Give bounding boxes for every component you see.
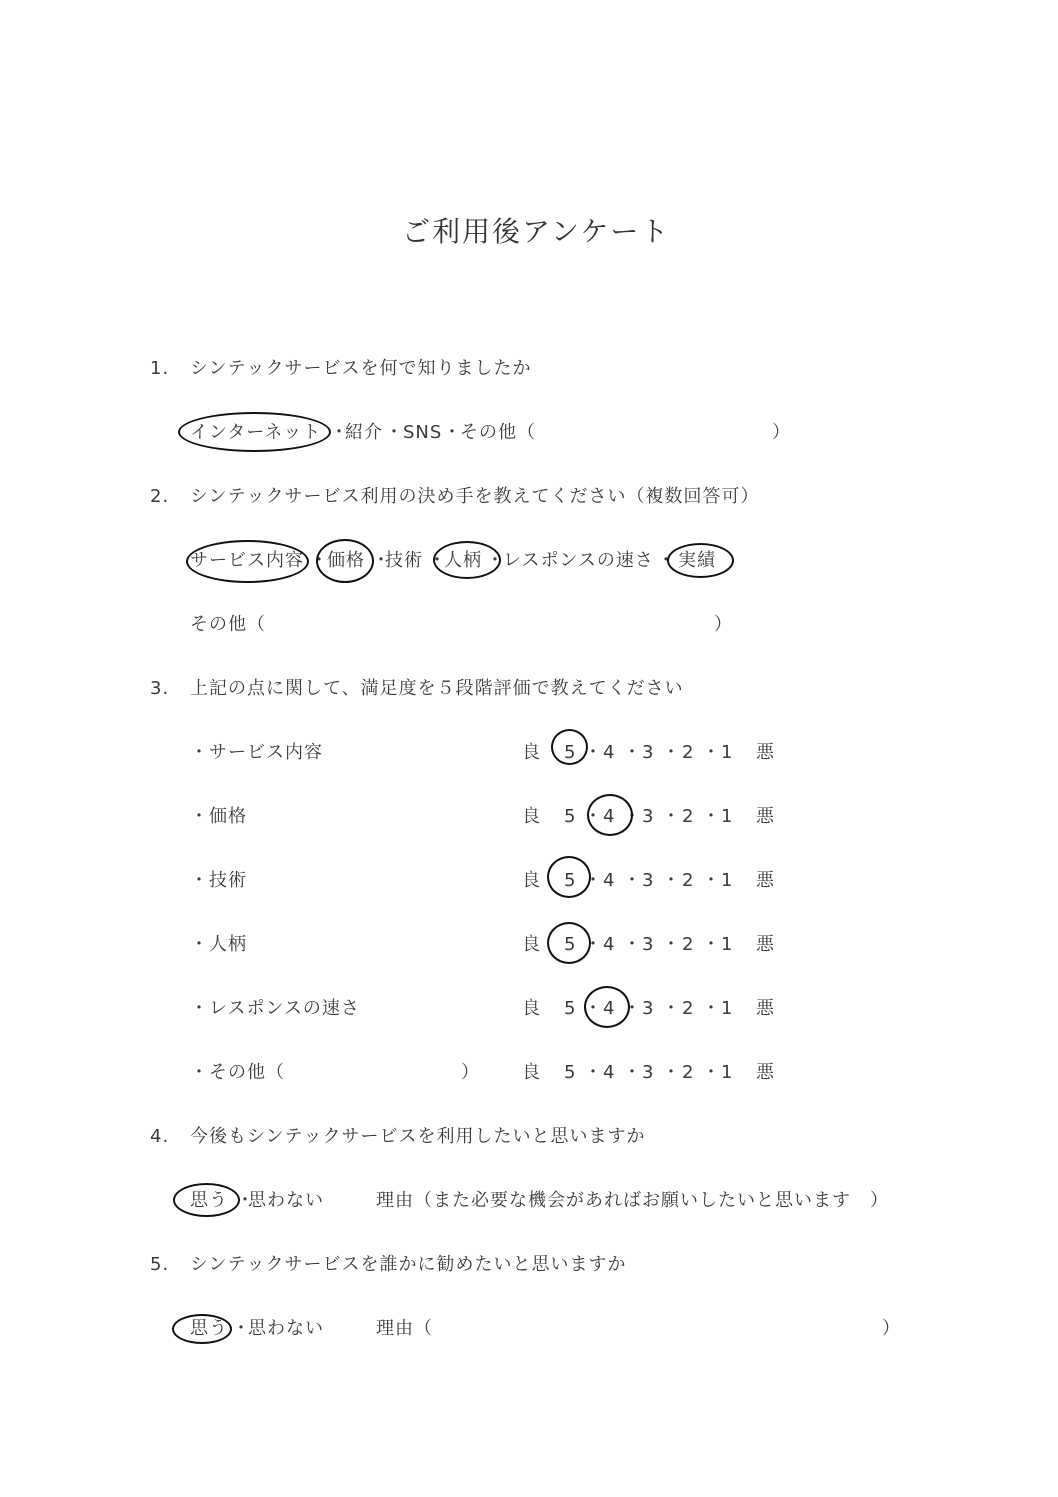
q1-option-sns[interactable]: SNS	[403, 421, 442, 445]
q3-item-label: ・価格	[190, 805, 247, 829]
q4-option-no[interactable]: 思わない	[248, 1189, 324, 1213]
q3-rating-4[interactable]: 4	[603, 805, 615, 829]
q3-rating-1[interactable]: 1	[721, 1061, 733, 1085]
q2-number: 2.	[150, 485, 169, 509]
q3-rating-4[interactable]: 4	[603, 997, 615, 1021]
q3-sep: ・	[584, 997, 603, 1021]
q3-sep: ・	[584, 741, 603, 765]
q3-sep: ・	[662, 869, 681, 893]
q3-item-label: ・サービス内容	[190, 741, 323, 765]
q3-rating-2[interactable]: 2	[682, 933, 694, 957]
q5-reason-close: ）	[882, 1317, 901, 1341]
page-title: ご利用後アンケート	[402, 210, 670, 250]
q4-number: 4.	[150, 1125, 169, 1149]
q3-sep: ・	[702, 933, 721, 957]
q3-sep: ・	[623, 997, 642, 1021]
q3-rating-5[interactable]: 5	[564, 741, 576, 765]
q3-sep: ・	[662, 997, 681, 1021]
q3-bad-label: 悪	[756, 805, 775, 829]
q3-rating-5[interactable]: 5	[564, 1061, 576, 1085]
q3-bad-label: 悪	[756, 933, 775, 957]
q1-sep: ・	[385, 421, 404, 445]
q3-bad-label: 悪	[756, 1061, 775, 1085]
q3-good-label: 良	[522, 805, 541, 829]
q3-good-label: 良	[522, 933, 541, 957]
q3-rating-1[interactable]: 1	[721, 869, 733, 893]
q5-number: 5.	[150, 1253, 169, 1277]
q3-rating-5[interactable]: 5	[564, 869, 576, 893]
q3-good-label: 良	[522, 869, 541, 893]
q3-item-label: ・技術	[190, 869, 247, 893]
q2-other-label[interactable]: その他（	[190, 613, 266, 637]
q2-option-personality[interactable]: 人柄	[444, 549, 482, 573]
q3-sep: ・	[662, 933, 681, 957]
q2-option-track-record[interactable]: 実績	[678, 549, 716, 573]
q3-rating-3[interactable]: 3	[642, 741, 654, 765]
q3-sep: ・	[662, 741, 681, 765]
q3-rating-3[interactable]: 3	[642, 997, 654, 1021]
q4-option-yes[interactable]: 思う	[190, 1189, 228, 1213]
q3-rating-1[interactable]: 1	[721, 805, 733, 829]
q3-sep: ・	[584, 805, 603, 829]
q3-rating-2[interactable]: 2	[682, 997, 694, 1021]
q3-rating-3[interactable]: 3	[642, 933, 654, 957]
q5-reason-label[interactable]: 理由（	[376, 1317, 433, 1341]
q1-question: シンテックサービスを何で知りましたか	[190, 357, 532, 381]
q2-other-close: ）	[714, 613, 733, 637]
q5-option-no[interactable]: 思わない	[248, 1317, 324, 1341]
q3-rating-2[interactable]: 2	[682, 869, 694, 893]
q3-rating-3[interactable]: 3	[642, 869, 654, 893]
q4-reason[interactable]: 理由（また必要な機会があればお願いしたいと思います ）	[376, 1189, 889, 1213]
q3-sep: ・	[623, 933, 642, 957]
q4-question: 今後もシンテックサービスを利用したいと思いますか	[190, 1125, 646, 1149]
q3-rating-1[interactable]: 1	[721, 741, 733, 765]
q3-rating-1[interactable]: 1	[721, 933, 733, 957]
q1-option-referral[interactable]: 紹介	[345, 421, 383, 445]
q3-rating-5[interactable]: 5	[564, 997, 576, 1021]
q3-bad-label: 悪	[756, 997, 775, 1021]
q3-sep: ・	[702, 741, 721, 765]
q2-option-service[interactable]: サービス内容	[190, 549, 304, 573]
q3-question: 上記の点に関して、満足度を５段階評価で教えてください	[190, 677, 684, 701]
q3-rating-5[interactable]: 5	[564, 805, 576, 829]
q3-rating-4[interactable]: 4	[603, 869, 615, 893]
q3-rating-2[interactable]: 2	[682, 741, 694, 765]
q3-sep: ・	[662, 805, 681, 829]
q2-option-price[interactable]: 価格	[327, 549, 365, 573]
q2-question: シンテックサービス利用の決め手を教えてください（複数回答可）	[190, 485, 760, 509]
q3-sep: ・	[623, 741, 642, 765]
q3-rating-3[interactable]: 3	[642, 805, 654, 829]
q3-bad-label: 悪	[756, 869, 775, 893]
q5-option-yes[interactable]: 思う	[190, 1317, 228, 1341]
q3-item-label: ・人柄	[190, 933, 247, 957]
q2-option-tech[interactable]: 技術	[385, 549, 423, 573]
q3-rating-1[interactable]: 1	[721, 997, 733, 1021]
q3-rating-2[interactable]: 2	[682, 805, 694, 829]
q3-sep: ・	[702, 1061, 721, 1085]
q3-sep: ・	[702, 869, 721, 893]
q5-question: シンテックサービスを誰かに勧めたいと思いますか	[190, 1253, 627, 1277]
q3-sep: ・	[584, 933, 603, 957]
q3-good-label: 良	[522, 741, 541, 765]
q3-item-close: ）	[461, 1061, 480, 1085]
q3-sep: ・	[623, 869, 642, 893]
q3-item-label[interactable]: ・その他（	[190, 1061, 285, 1085]
q3-item-label: ・レスポンスの速さ	[190, 997, 360, 1021]
q3-good-label: 良	[522, 997, 541, 1021]
q3-rating-4[interactable]: 4	[603, 933, 615, 957]
q3-sep: ・	[584, 869, 603, 893]
q3-rating-4[interactable]: 4	[603, 1061, 615, 1085]
q3-good-label: 良	[522, 1061, 541, 1085]
q1-other-close: ）	[772, 421, 791, 445]
q1-number: 1.	[150, 357, 169, 381]
q3-number: 3.	[150, 677, 169, 701]
q3-sep: ・	[662, 1061, 681, 1085]
q3-rating-4[interactable]: 4	[603, 741, 615, 765]
q3-bad-label: 悪	[756, 741, 775, 765]
q3-sep: ・	[702, 997, 721, 1021]
q2-sep: ・	[657, 549, 676, 573]
q1-option-internet[interactable]: インターネット	[190, 421, 321, 445]
q3-sep: ・	[584, 1061, 603, 1085]
q3-rating-3[interactable]: 3	[642, 1061, 654, 1085]
q3-rating-2[interactable]: 2	[682, 1061, 694, 1085]
q3-sep: ・	[623, 805, 642, 829]
q1-option-other[interactable]: その他（	[460, 421, 536, 445]
q3-rating-5[interactable]: 5	[564, 933, 576, 957]
q3-sep: ・	[702, 805, 721, 829]
q2-option-response[interactable]: レスポンスの速さ	[503, 549, 654, 573]
q3-sep: ・	[623, 1061, 642, 1085]
